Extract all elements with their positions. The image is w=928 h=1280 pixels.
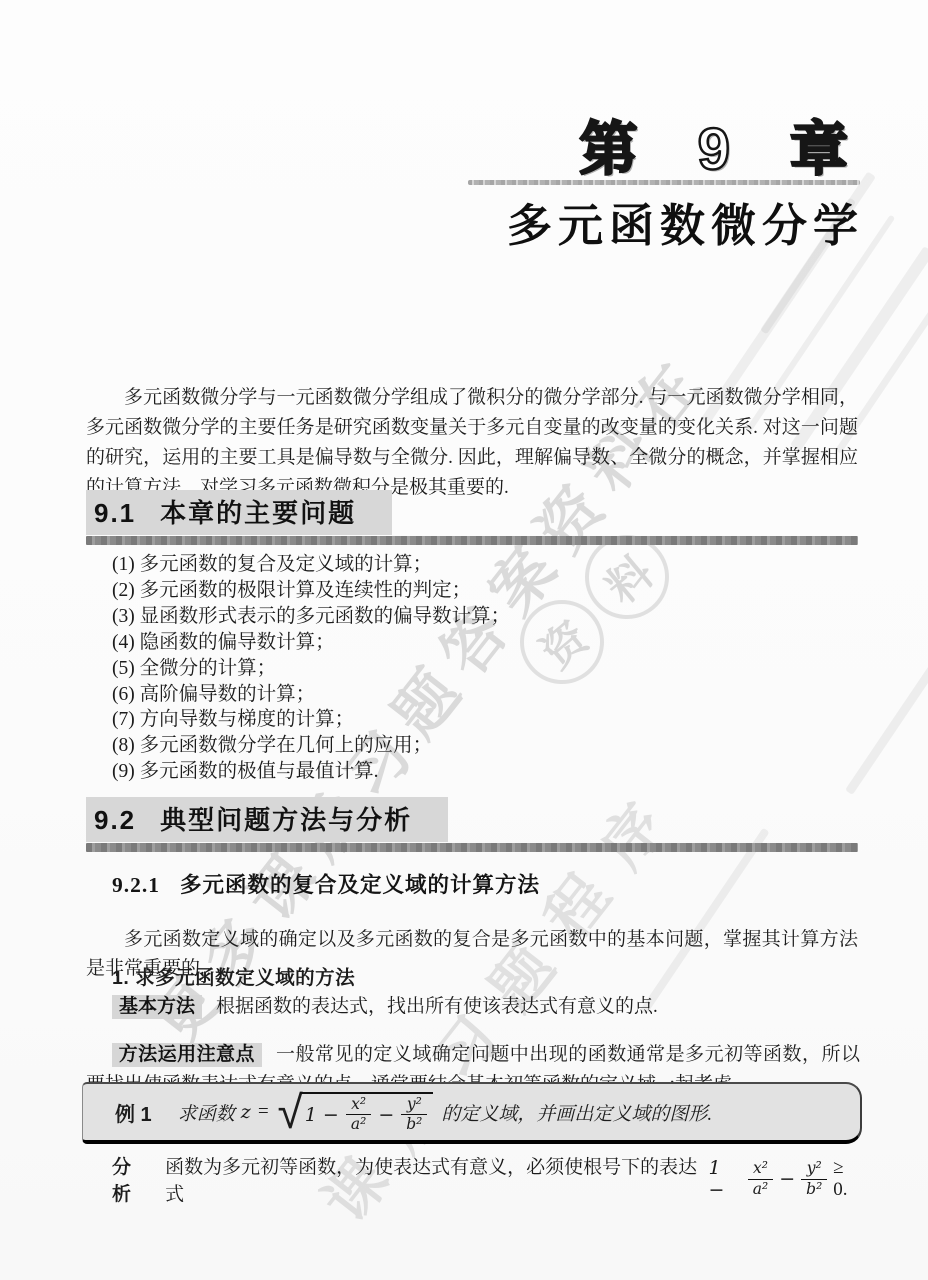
analysis-text-after: ≥ 0. — [833, 1157, 862, 1201]
section-rule-bar — [86, 843, 858, 852]
math-variable-z: z — [241, 1101, 251, 1123]
fraction-numerator: y² — [402, 1097, 427, 1115]
section-title: 本章的主要问题 — [160, 498, 356, 528]
book-page: 更多课后习题答案资料在 课后习题程序 资 料 第 9 章 多元函数微分学 多元函… — [0, 0, 928, 1280]
basic-method-label: 基本方法 — [112, 995, 202, 1019]
chapter-intro-paragraph: 多元函数微分学与一元函数微分学组成了微积分的微分学部分. 与一元函数微分学相同，… — [86, 383, 858, 503]
subsection-9-2-1-heading: 9.2.1多元函数的复合及定义域的计算方法 — [112, 868, 540, 899]
fraction-y2-b2: y² b² — [401, 1097, 427, 1133]
main-problems-list: (1) 多元函数的复合及定义域的计算； (2) 多元函数的极限计算及连续性的判定… — [112, 552, 858, 785]
list-item: (4) 隐函数的偏导数计算； — [112, 630, 858, 656]
analysis-one-minus: 1 − — [709, 1157, 742, 1201]
radicand-lead: 1 − — [305, 1104, 339, 1126]
fraction-denominator: b² — [801, 1179, 827, 1198]
fraction-x2-a2: x² a² — [346, 1097, 371, 1133]
example-1-label: 例 1 — [115, 1098, 152, 1127]
list-item: (7) 方向导数与梯度的计算； — [112, 707, 858, 733]
fraction-numerator: y² — [802, 1161, 827, 1179]
section-title: 典型问题方法与分析 — [160, 805, 412, 835]
list-item: (5) 全微分的计算； — [112, 656, 858, 682]
example-1-box: 例 1 求函数 z = √ 1 − x² a² − y² b² — [82, 1082, 862, 1144]
list-item: (2) 多元函数的极限计算及连续性的判定； — [112, 578, 858, 604]
minus-sign: − — [779, 1168, 795, 1190]
analysis-text-before: 函数为多元初等函数，为使表达式有意义，必须使根号下的表达式 — [165, 1152, 702, 1206]
basic-method-line: 基本方法根据函数的表达式，找出所有使该表达式有意义的点. — [112, 991, 858, 1018]
minus-sign: − — [378, 1104, 394, 1126]
analysis-label: 分析 — [112, 1152, 149, 1206]
section-9-2-title-block: 9.2典型问题方法与分析 — [86, 797, 448, 842]
chapter-divider-rule — [468, 180, 860, 185]
fraction-x2-a2: x² a² — [748, 1161, 773, 1197]
radicand: 1 − x² a² − y² b² — [300, 1092, 434, 1133]
example-1-statement: 求函数 z = √ 1 − x² a² − y² b² 的定 — [178, 1092, 712, 1133]
chapter-number: 第 9 章 — [580, 102, 871, 186]
equals-sign: = — [257, 1101, 270, 1123]
fraction-numerator: x² — [748, 1161, 773, 1179]
section-number: 9.2 — [94, 805, 136, 835]
list-item: (9) 多元函数的极值与最值计算. — [112, 759, 858, 785]
list-item: (1) 多元函数的复合及定义域的计算； — [112, 552, 858, 578]
basic-method-text: 根据函数的表达式，找出所有使该表达式有意义的点. — [216, 996, 658, 1017]
method-note-label: 方法运用注意点 — [112, 1043, 262, 1067]
analysis-paragraph: 分析 函数为多元初等函数，为使表达式有意义，必须使根号下的表达式 1 − x² … — [112, 1152, 862, 1206]
fraction-y2-b2: y² b² — [801, 1161, 827, 1197]
subsection-number: 9.2.1 — [112, 873, 160, 897]
list-item: (6) 高阶偏导数的计算； — [112, 682, 858, 708]
statement-lead: 求函数 — [178, 1099, 235, 1126]
method-heading: 1. 求多元函数定义域的方法 — [112, 962, 355, 990]
fraction-denominator: b² — [401, 1114, 427, 1133]
section-9-2-header: 9.2典型问题方法与分析 — [86, 797, 858, 852]
scan-streak — [640, 828, 770, 1015]
square-root-expression: √ 1 − x² a² − y² b² — [278, 1092, 434, 1133]
section-9-1-title-block: 9.1本章的主要问题 — [86, 490, 392, 535]
section-rule-bar — [86, 536, 858, 545]
subsection-title: 多元函数的复合及定义域的计算方法 — [180, 873, 540, 897]
statement-tail: 的定义域，并画出定义域的图形. — [441, 1099, 712, 1126]
fraction-denominator: a² — [748, 1179, 773, 1198]
chapter-title: 多元函数微分学 — [507, 189, 864, 254]
fraction-denominator: a² — [346, 1114, 371, 1133]
section-number: 9.1 — [94, 498, 136, 528]
list-item: (3) 显函数形式表示的多元函数的偏导数计算； — [112, 604, 858, 630]
list-item: (8) 多元函数微分学在几何上的应用； — [112, 733, 858, 759]
fraction-numerator: x² — [346, 1097, 371, 1115]
section-9-1-header: 9.1本章的主要问题 — [86, 490, 858, 545]
